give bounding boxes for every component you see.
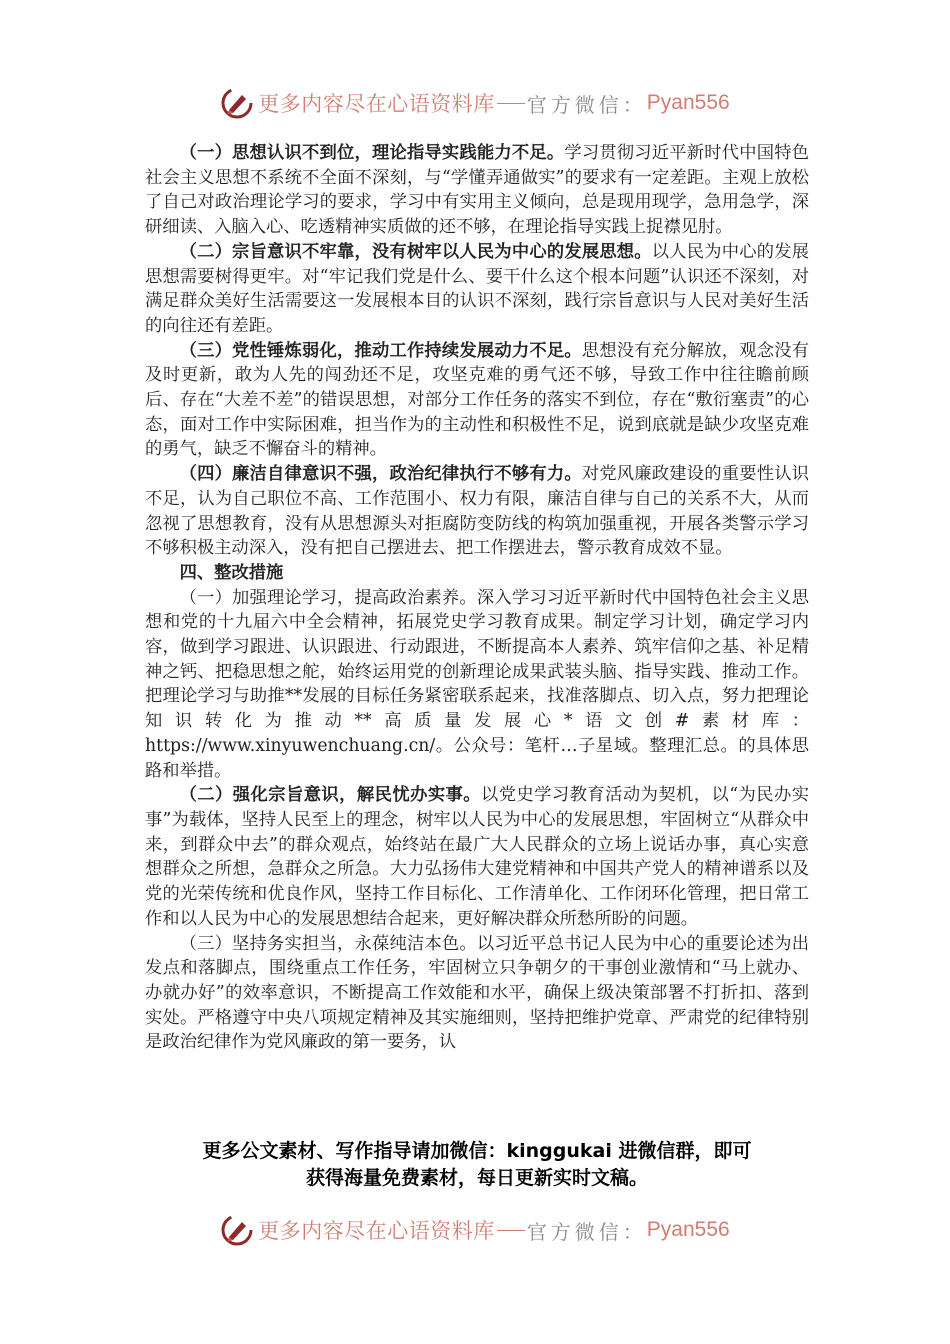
- wechat-label: 官方微信：: [527, 89, 647, 118]
- wechat-label: 官方微信：: [527, 1216, 647, 1245]
- paragraph-text: （一）加强理论学习，提高政治素养。深入学习习近平新时代中国特色社会主义思想和党的…: [145, 588, 809, 781]
- paragraph: （二）宗旨意识不牢靠，没有树牢以人民为中心的发展思想。以人民为中心的发展思想需要…: [145, 240, 809, 339]
- promo-overlay: 更多公文素材、写作指导请加微信：kinggukai 进微信群，即可 获得海量免费…: [145, 1138, 809, 1192]
- pen-logo-icon: [220, 1213, 254, 1247]
- section-heading: 四、整改措施: [145, 561, 809, 586]
- paragraph: （三）坚持务实担当，永葆纯洁本色。以习近平总书记人民为中心的重要论述为出发点和落…: [145, 932, 809, 1056]
- wechat-id: Pyan556: [647, 1218, 730, 1242]
- divider-dash: [497, 103, 525, 104]
- paragraph-text: 以党史学习教育活动为契机，以“为民办实事”为载体，坚持人民至上的理念，树牢以人民…: [145, 785, 809, 929]
- paragraph: （一）思想认识不到位，理论指导实践能力不足。学习贯彻习近平新时代中国特色社会主义…: [145, 141, 809, 240]
- paragraph-lead: （一）思想认识不到位，理论指导实践能力不足。: [180, 143, 565, 163]
- wechat-id: Pyan556: [647, 91, 730, 115]
- paragraph-lead: （四）廉洁自律意识不强，政治纪律执行不够有力。: [180, 464, 582, 484]
- paragraph: （四）廉洁自律意识不强，政治纪律执行不够有力。对党风廉政建设的重要性认识不足，认…: [145, 462, 809, 561]
- footer-watermark-banner: 更多内容尽在心语资料库 官方微信： Pyan556: [0, 1210, 950, 1250]
- paragraph: （三）党性锤炼弱化，推动工作持续发展动力不足。思想没有充分解放，观念没有及时更新…: [145, 339, 809, 463]
- paragraph-lead: （三）党性锤炼弱化，推动工作持续发展动力不足。: [180, 341, 582, 361]
- header-watermark-banner: 更多内容尽在心语资料库 官方微信： Pyan556: [0, 83, 950, 123]
- paragraph-text: （三）坚持务实担当，永葆纯洁本色。以习近平总书记人民为中心的重要论述为出发点和落…: [145, 934, 809, 1053]
- paragraph: （二）强化宗旨意识，解民忧办实事。以党史学习教育活动为契机，以“为民办实事”为载…: [145, 783, 809, 931]
- document-body: （一）思想认识不到位，理论指导实践能力不足。学习贯彻习近平新时代中国特色社会主义…: [145, 141, 809, 1055]
- site-name: 更多内容尽在心语资料库: [258, 1215, 495, 1245]
- site-name: 更多内容尽在心语资料库: [258, 88, 495, 118]
- pen-logo-icon: [220, 86, 254, 120]
- paragraph-lead: （二）宗旨意识不牢靠，没有树牢以人民为中心的发展思想。: [180, 242, 652, 262]
- paragraph-lead: （二）强化宗旨意识，解民忧办实事。: [180, 785, 481, 805]
- paragraph: （一）加强理论学习，提高政治素养。深入学习习近平新时代中国特色社会主义思想和党的…: [145, 586, 809, 784]
- promo-line-1: 更多公文素材、写作指导请加微信：kinggukai 进微信群，即可: [145, 1138, 809, 1165]
- divider-dash: [497, 1230, 525, 1231]
- promo-line-2: 获得海量免费素材，每日更新实时文稿。: [145, 1165, 809, 1192]
